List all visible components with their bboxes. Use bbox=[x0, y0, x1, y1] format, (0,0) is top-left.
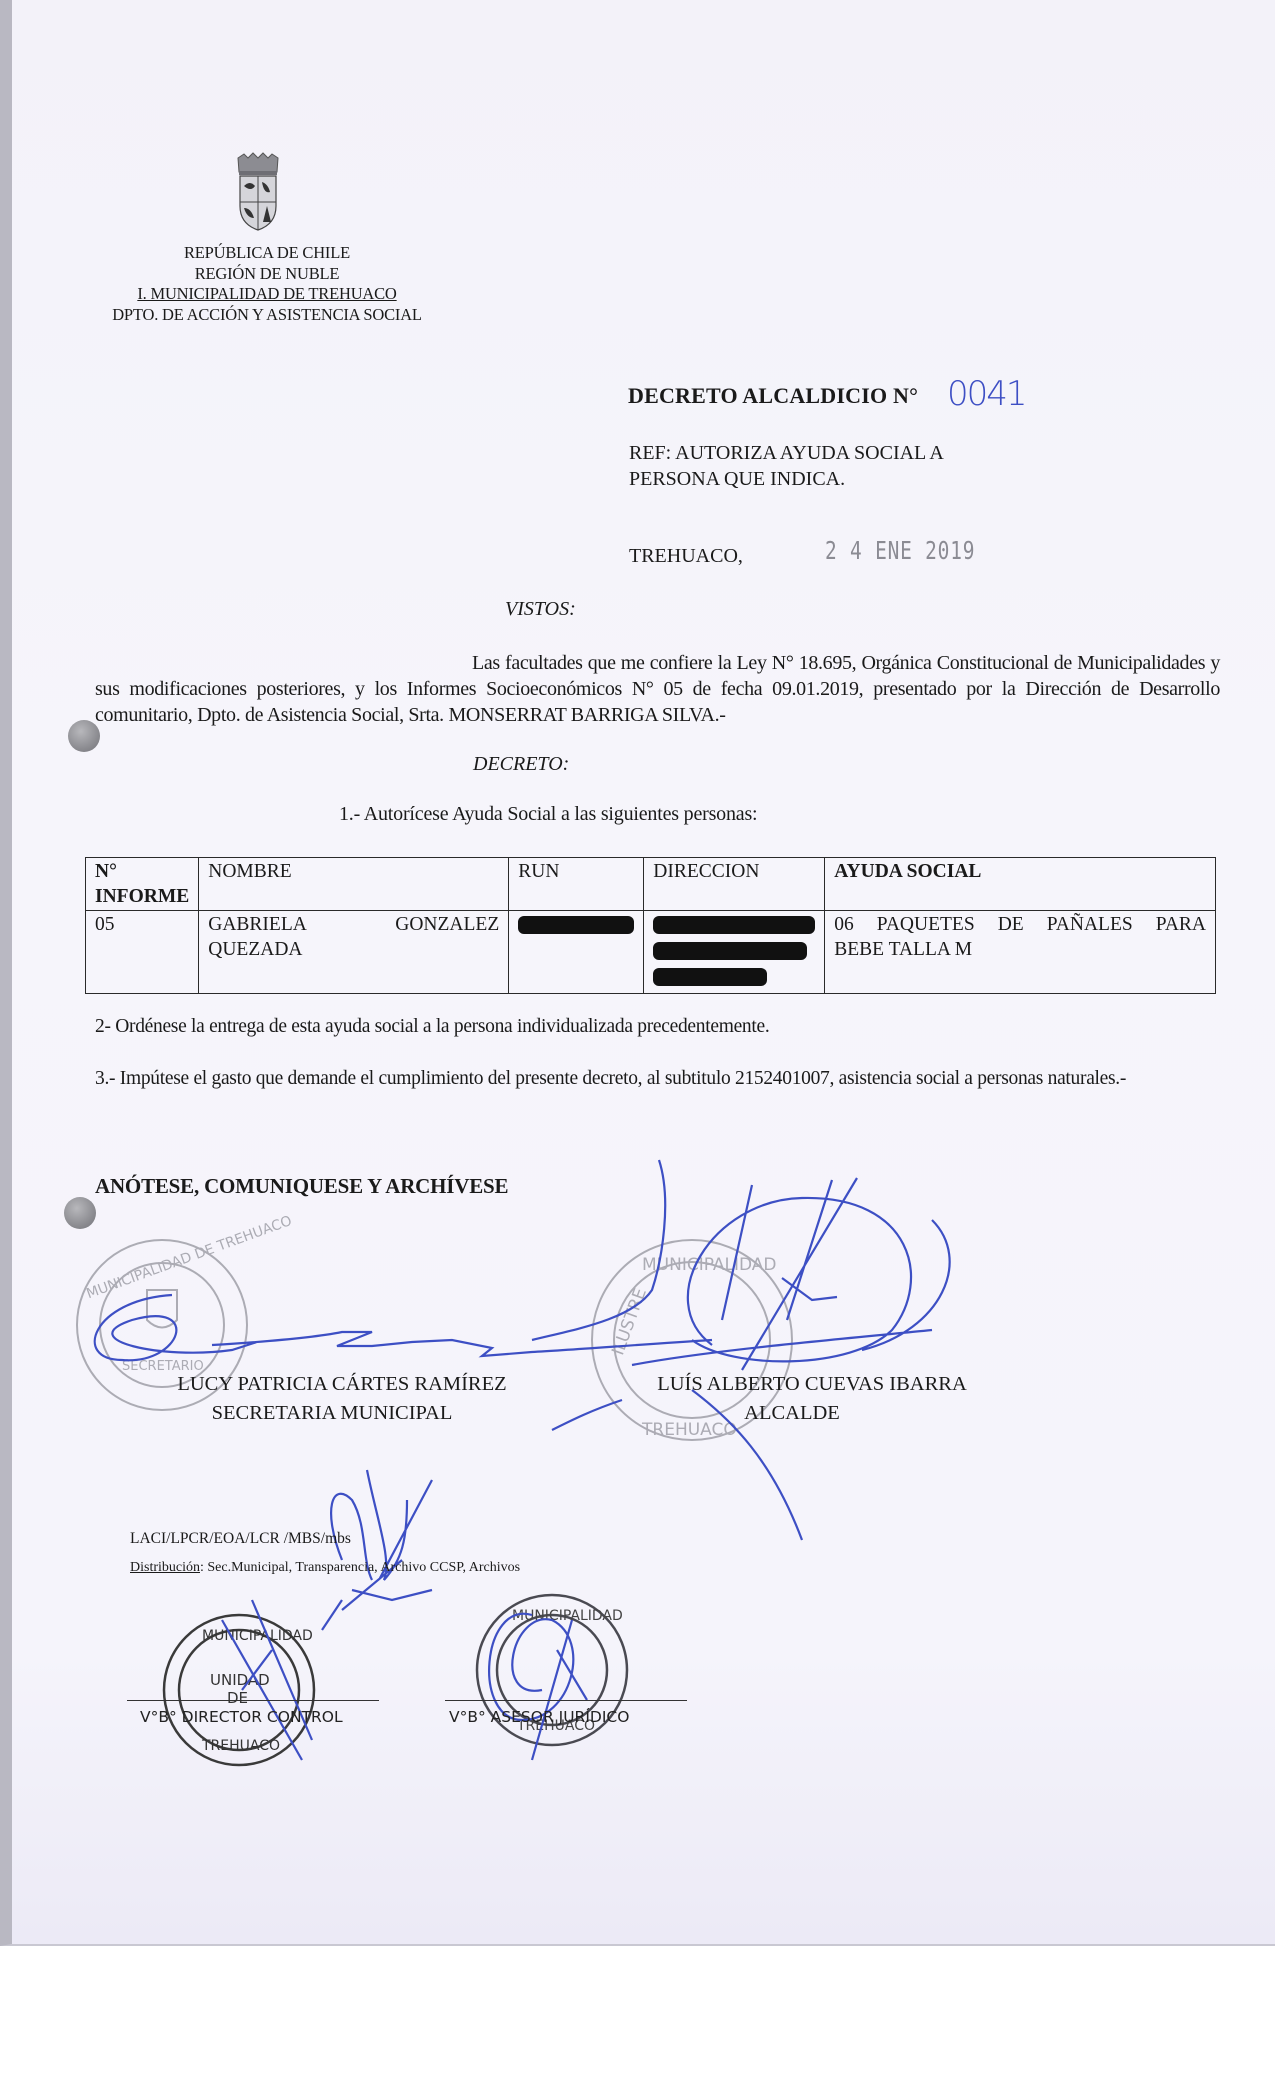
signature-line-control bbox=[127, 1700, 379, 1701]
header-line-department: DPTO. DE ACCIÓN Y ASISTENCIA SOCIAL bbox=[72, 305, 462, 326]
secretary-role: SECRETARIA MUNICIPAL bbox=[112, 1399, 552, 1428]
cell-run-redacted bbox=[509, 911, 644, 994]
legal-signature-icon bbox=[489, 1614, 587, 1760]
cell-direccion-redacted bbox=[644, 911, 825, 994]
initials-reference: LACI/LPCR/EOA/LCR /MBS/mbs bbox=[130, 1530, 351, 1548]
col-header-informe: N° INFORME bbox=[86, 858, 199, 911]
nombre-line2: QUEZADA bbox=[208, 937, 499, 962]
ayuda-line1: 06 PAQUETES DE PAÑALES PARA bbox=[834, 912, 1206, 937]
nombre-first: GABRIELA bbox=[208, 912, 307, 937]
signatory-secretary: LUCY PATRICIA CÁRTES RAMÍREZ SECRETARIA … bbox=[132, 1370, 552, 1428]
svg-text:DE: DE bbox=[227, 1689, 248, 1707]
coat-of-arms-icon bbox=[234, 150, 282, 232]
institution-header: REPÚBLICA DE CHILE REGIÓN DE NUBLE I. MU… bbox=[72, 243, 462, 325]
date-stamp: 2 4 ENE 2019 bbox=[825, 536, 975, 565]
distribution-list: : Sec.Municipal, Transparencia, Archivo … bbox=[200, 1560, 520, 1575]
scanned-document-page: REPÚBLICA DE CHILE REGIÓN DE NUBLE I. MU… bbox=[0, 0, 1275, 1946]
city-label: TREHUACO, bbox=[629, 545, 743, 568]
approval-legal-label: V°B° ASESOR JURÍDICO bbox=[449, 1708, 629, 1726]
signatory-mayor: LUÍS ALBERTO CUEVAS IBARRA ALCALDE bbox=[612, 1370, 1012, 1428]
ayuda-line2: BEBE TALLA M bbox=[834, 937, 1206, 962]
approval-control-label: V°B° DIRECTOR CONTROL bbox=[140, 1708, 343, 1726]
decree-title: DECRETO ALCALDICIO N° bbox=[628, 383, 918, 409]
col-header-nombre: NOMBRE bbox=[199, 858, 509, 911]
table-header-row: N° INFORME NOMBRE RUN DIRECCION AYUDA SO… bbox=[86, 858, 1216, 911]
header-no: N° bbox=[95, 861, 117, 882]
decree-number-handwritten: 0041 bbox=[947, 374, 1026, 414]
header-line-country: REPÚBLICA DE CHILE bbox=[72, 243, 462, 264]
signature-line-legal bbox=[445, 1700, 687, 1701]
mayor-name: LUÍS ALBERTO CUEVAS IBARRA bbox=[612, 1370, 1012, 1399]
svg-text:ILUSTRE: ILUSTRE bbox=[608, 1286, 651, 1358]
decree-item-1: 1.- Autorícese Ayuda Social a las siguie… bbox=[339, 803, 757, 826]
distribution-line: Distribución: Sec.Municipal, Transparenc… bbox=[130, 1560, 520, 1576]
table-row: 05 GABRIELAGONZALEZ QUEZADA 06 PAQUETES … bbox=[86, 911, 1216, 994]
redaction-bar bbox=[653, 968, 766, 986]
decree-item-2: 2- Ordénese la entrega de esta ayuda soc… bbox=[95, 1016, 769, 1038]
svg-text:MUNICIPALIDAD DE TREHUACO: MUNICIPALIDAD DE TREHUACO bbox=[84, 1213, 294, 1302]
initials-signature-icon bbox=[322, 1470, 432, 1630]
punch-hole bbox=[64, 1197, 96, 1229]
secretary-name: LUCY PATRICIA CÁRTES RAMÍREZ bbox=[132, 1370, 552, 1399]
svg-text:MUNICIPALIDAD: MUNICIPALIDAD bbox=[202, 1628, 313, 1644]
control-stamp-icon: UNIDAD DE TREHUACO MUNICIPALIDAD bbox=[164, 1615, 314, 1765]
cell-nombre: GABRIELAGONZALEZ QUEZADA bbox=[199, 911, 509, 994]
secretary-signature-icon bbox=[95, 1295, 712, 1360]
decree-item-3: 3.- Impútese el gasto que demande el cum… bbox=[95, 1066, 1220, 1091]
decreto-heading: DECRETO: bbox=[473, 753, 569, 776]
redaction-bar bbox=[518, 916, 634, 934]
col-header-ayuda: AYUDA SOCIAL bbox=[825, 858, 1216, 911]
cell-ayuda: 06 PAQUETES DE PAÑALES PARA BEBE TALLA M bbox=[825, 911, 1216, 994]
vistos-paragraph: Las facultades que me confiere la Ley N°… bbox=[95, 650, 1220, 728]
mayor-role: ALCALDE bbox=[572, 1399, 1012, 1428]
svg-text:UNIDAD: UNIDAD bbox=[210, 1671, 270, 1689]
decree-reference: REF: AUTORIZA AYUDA SOCIAL A PERSONA QUE… bbox=[629, 440, 944, 492]
vistos-text: Las facultades que me confiere la Ley N°… bbox=[95, 652, 1220, 726]
header-line-region: REGIÓN DE NUBLE bbox=[72, 264, 462, 285]
header-informe: INFORME bbox=[95, 886, 189, 907]
beneficiary-table: N° INFORME NOMBRE RUN DIRECCION AYUDA SO… bbox=[85, 857, 1216, 994]
closing-formula: ANÓTESE, COMUNIQUESE Y ARCHÍVESE bbox=[95, 1174, 508, 1199]
nombre-second: GONZALEZ bbox=[395, 912, 499, 937]
mayor-signature-icon bbox=[532, 1160, 950, 1540]
control-signature-icon bbox=[222, 1600, 312, 1760]
svg-text:MUNICIPALIDAD: MUNICIPALIDAD bbox=[642, 1255, 777, 1275]
col-header-run: RUN bbox=[509, 858, 644, 911]
svg-text:TREHUACO: TREHUACO bbox=[201, 1738, 280, 1754]
col-header-direccion: DIRECCION bbox=[644, 858, 825, 911]
cell-informe: 05 bbox=[86, 911, 199, 994]
ref-line-2: PERSONA QUE INDICA. bbox=[629, 466, 944, 492]
ref-line-1: REF: AUTORIZA AYUDA SOCIAL A bbox=[629, 440, 944, 466]
distribution-label: Distribución bbox=[130, 1560, 200, 1575]
redaction-bar bbox=[653, 942, 807, 960]
svg-text:MUNICIPALIDAD: MUNICIPALIDAD bbox=[512, 1608, 623, 1624]
header-line-municipality: I. MUNICIPALIDAD DE TREHUACO bbox=[72, 284, 462, 305]
signature-ink bbox=[95, 1160, 950, 1760]
vistos-heading: VISTOS: bbox=[505, 598, 576, 621]
redaction-bar bbox=[653, 916, 815, 934]
